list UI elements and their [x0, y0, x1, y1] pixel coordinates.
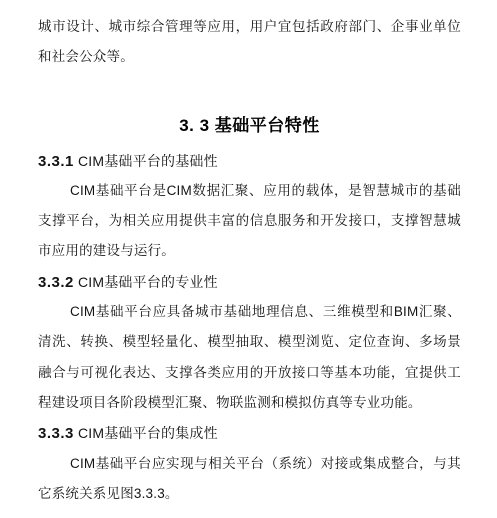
text-line: 它系统关系见图3.3.3。 [38, 479, 461, 509]
text-run: 和社会公众等。 [38, 49, 134, 64]
text-line: 清洗、转换、模型轻量化、模型抽取、模型浏览、定位查询、多场景 [38, 327, 461, 357]
text-run: 它系统关系见图3.3.3。 [38, 486, 179, 501]
text-run: 城市设计、城市综合管理等应用，用户宜包括政府部门、企事业单位 [38, 19, 461, 34]
text-run: 3. 3 基础平台特性 [179, 116, 320, 135]
text-line: CIM基础平台是CIM数据汇聚、应用的载体，是智慧城市的基础 [38, 176, 461, 206]
document-text-block: 城市设计、城市综合管理等应用，用户宜包括政府部门、企事业单位和社会公众等。3. … [38, 12, 461, 509]
subsection-heading: 3.3.3 CIM基础平台的集成性 [38, 418, 461, 448]
text-line: 城市设计、城市综合管理等应用，用户宜包括政府部门、企事业单位 [38, 12, 461, 42]
text-run: CIM基础平台的基础性 [74, 153, 218, 169]
text-run: 程建设项目各阶段模型汇聚、物联监测和模拟仿真等专业功能。 [38, 395, 422, 410]
clause-number: 3.3.1 [38, 153, 74, 170]
text-line: 融合与可视化表达、支撑各类应用的开放接口等基本功能，宜提供工 [38, 358, 461, 388]
text-run: CIM基础平台是CIM数据汇聚、应用的载体，是智慧城市的基础 [70, 183, 461, 198]
text-run: 清洗、转换、模型轻量化、模型抽取、模型浏览、定位查询、多场景 [38, 334, 461, 349]
text-run: CIM基础平台应实现与相关平台（系统）对接或集成整合，与其 [70, 456, 461, 471]
text-run: CIM基础平台的专业性 [74, 274, 218, 290]
text-line: 市应用的建设与运行。 [38, 236, 461, 266]
text-run: CIM基础平台应具备城市基础地理信息、三维模型和BIM汇聚、 [70, 304, 461, 319]
text-line: 程建设项目各阶段模型汇聚、物联监测和模拟仿真等专业功能。 [38, 388, 461, 418]
subsection-heading: 3.3.2 CIM基础平台的专业性 [38, 267, 461, 297]
subsection-heading: 3.3.1 CIM基础平台的基础性 [38, 146, 461, 176]
clause-number: 3.3.3 [38, 425, 74, 442]
text-run: CIM基础平台的集成性 [74, 425, 218, 441]
text-run: 融合与可视化表达、支撑各类应用的开放接口等基本功能，宜提供工 [38, 365, 461, 380]
section-heading: 3. 3 基础平台特性 [38, 108, 461, 144]
text-run: 市应用的建设与运行。 [38, 243, 175, 258]
text-line: CIM基础平台应实现与相关平台（系统）对接或集成整合，与其 [38, 449, 461, 479]
clause-number: 3.3.2 [38, 274, 74, 291]
text-line: CIM基础平台应具备城市基础地理信息、三维模型和BIM汇聚、 [38, 297, 461, 327]
text-line: 和社会公众等。 [38, 42, 461, 72]
text-line: 支撑平台，为相关应用提供丰富的信息服务和开发接口，支撑智慧城 [38, 206, 461, 236]
text-run: 支撑平台，为相关应用提供丰富的信息服务和开发接口，支撑智慧城 [38, 213, 461, 228]
document-page: 城市设计、城市综合管理等应用，用户宜包括政府部门、企事业单位和社会公众等。3. … [0, 0, 497, 518]
